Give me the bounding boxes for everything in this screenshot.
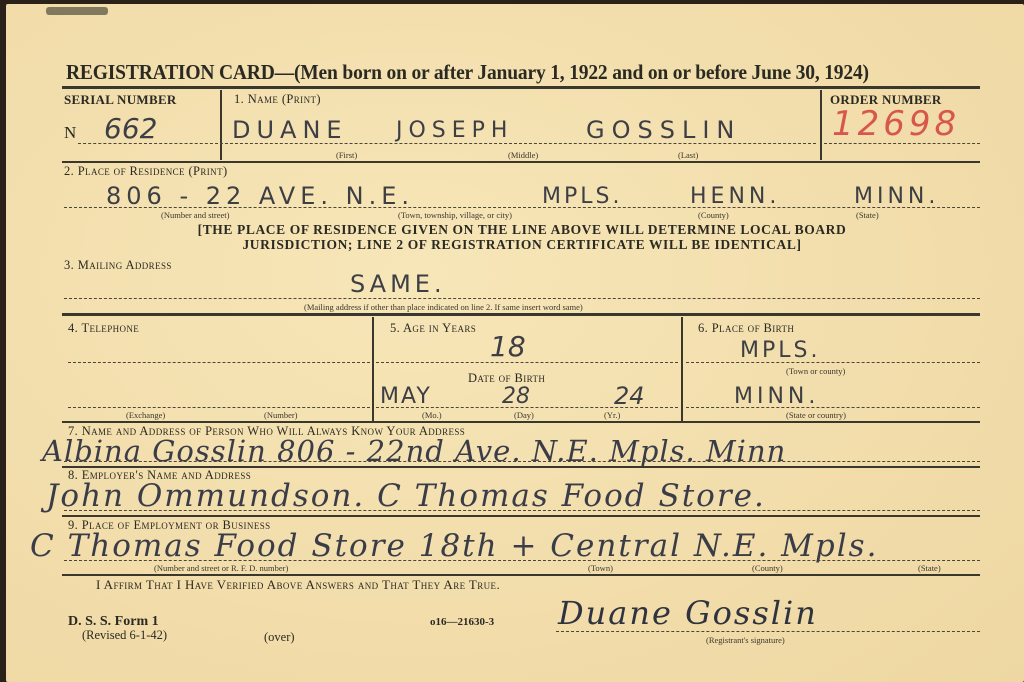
row-rule xyxy=(62,515,980,517)
order-number-value: 12698 xyxy=(832,104,960,144)
row-rule xyxy=(62,161,980,163)
town-county-sublabel: (Town or county) xyxy=(786,366,845,376)
residence-state-value: MINN. xyxy=(854,184,939,209)
jurisdiction-notice: [THE PLACE OF RESIDENCE GIVEN ON THE LIN… xyxy=(64,222,980,252)
notice-line-2: JURISDICTION; LINE 2 OF REGISTRATION CER… xyxy=(64,237,980,252)
registration-card: REGISTRATION CARD—(Men born on or after … xyxy=(6,4,1024,682)
residence-label: 2. Place of Residence (Print) xyxy=(64,164,228,179)
telephone-line-1 xyxy=(68,362,370,363)
birth-town-value: MPLS. xyxy=(740,338,820,363)
street-sublabel: (Number and street) xyxy=(161,210,229,220)
city-sublabel: (Town, township, village, or city) xyxy=(398,210,512,220)
divider xyxy=(372,317,374,421)
birth-state-value: MINN. xyxy=(734,384,819,409)
mailing-sublabel: (Mailing address if other than place ind… xyxy=(304,302,583,312)
age-label: 5. Age in Years xyxy=(390,321,476,336)
mailing-line xyxy=(64,298,980,299)
month-sublabel: (Mo.) xyxy=(422,410,442,420)
last-sublabel: (Last) xyxy=(678,150,698,160)
day-sublabel: (Day) xyxy=(514,410,534,420)
serial-number-label: SERIAL NUMBER xyxy=(64,92,177,108)
birth-state-line xyxy=(686,407,980,408)
age-line xyxy=(376,362,678,363)
notice-line-1: [THE PLACE OF RESIDENCE GIVEN ON THE LIN… xyxy=(64,222,980,237)
title-rule xyxy=(62,86,980,89)
age-value: 18 xyxy=(490,330,526,363)
telephone-label: 4. Telephone xyxy=(68,321,139,336)
name-label: 1. Name (Print) xyxy=(234,92,321,107)
mailing-address-value: SAME. xyxy=(350,270,446,298)
card-title: REGISTRATION CARD—(Men born on or after … xyxy=(66,60,869,85)
number-sublabel: (Number) xyxy=(264,410,298,420)
residence-street-value: 806 - 22 AVE. N.E. xyxy=(106,182,414,210)
row-rule xyxy=(62,574,980,576)
contact-value: Albina Gosslin 806 - 22nd Ave. N.E. Mpls… xyxy=(42,434,786,468)
middle-sublabel: (Middle) xyxy=(508,150,538,160)
residence-county-value: HENN. xyxy=(690,184,780,209)
signature-sublabel: (Registrant's signature) xyxy=(706,635,785,645)
birth-year-value: 24 xyxy=(614,382,645,410)
first-name-value: DUANE xyxy=(232,116,348,144)
county-sublabel: (County) xyxy=(698,210,729,220)
exchange-sublabel: (Exchange) xyxy=(126,410,165,420)
middle-name-value: JOSEPH xyxy=(396,118,513,143)
mailing-address-label: 3. Mailing Address xyxy=(64,258,172,273)
last-name-value: GOSSLIN xyxy=(586,116,741,144)
serial-prefix: N xyxy=(64,123,76,143)
employment-county-sublabel: (County) xyxy=(752,563,783,573)
row-rule xyxy=(62,421,980,423)
year-sublabel: (Yr.) xyxy=(604,410,620,420)
telephone-line-2 xyxy=(68,407,370,408)
employment-state-sublabel: (State) xyxy=(918,563,941,573)
form-code: o16—21630-3 xyxy=(430,616,494,628)
registrant-signature: Duane Gosslin xyxy=(558,594,818,632)
serial-number-value: 662 xyxy=(104,112,157,145)
affirmation-text: I Affirm That I Have Verified Above Answ… xyxy=(96,577,500,593)
employment-street-sublabel: (Number and street or R. F. D. number) xyxy=(154,563,288,573)
employment-value: C Thomas Food Store 18th + Central N.E. … xyxy=(30,528,878,564)
archive-stamp xyxy=(46,7,108,15)
birth-town-line xyxy=(686,362,980,363)
state-sublabel: (State) xyxy=(856,210,879,220)
residence-city-value: MPLS. xyxy=(542,184,622,209)
state-country-sublabel: (State or country) xyxy=(786,410,846,420)
row-rule xyxy=(62,313,980,316)
place-of-birth-label: 6. Place of Birth xyxy=(698,321,794,336)
employer-value: John Ommundson. C Thomas Food Store. xyxy=(46,478,766,514)
over-note: (over) xyxy=(264,630,295,645)
divider xyxy=(220,90,222,160)
divider xyxy=(820,90,822,160)
birth-day-value: 28 xyxy=(502,384,530,409)
first-sublabel: (First) xyxy=(336,150,357,160)
divider xyxy=(681,317,683,421)
employment-town-sublabel: (Town) xyxy=(588,563,613,573)
birth-month-value: MAY xyxy=(380,384,432,409)
form-revised: (Revised 6-1-42) xyxy=(82,628,167,643)
